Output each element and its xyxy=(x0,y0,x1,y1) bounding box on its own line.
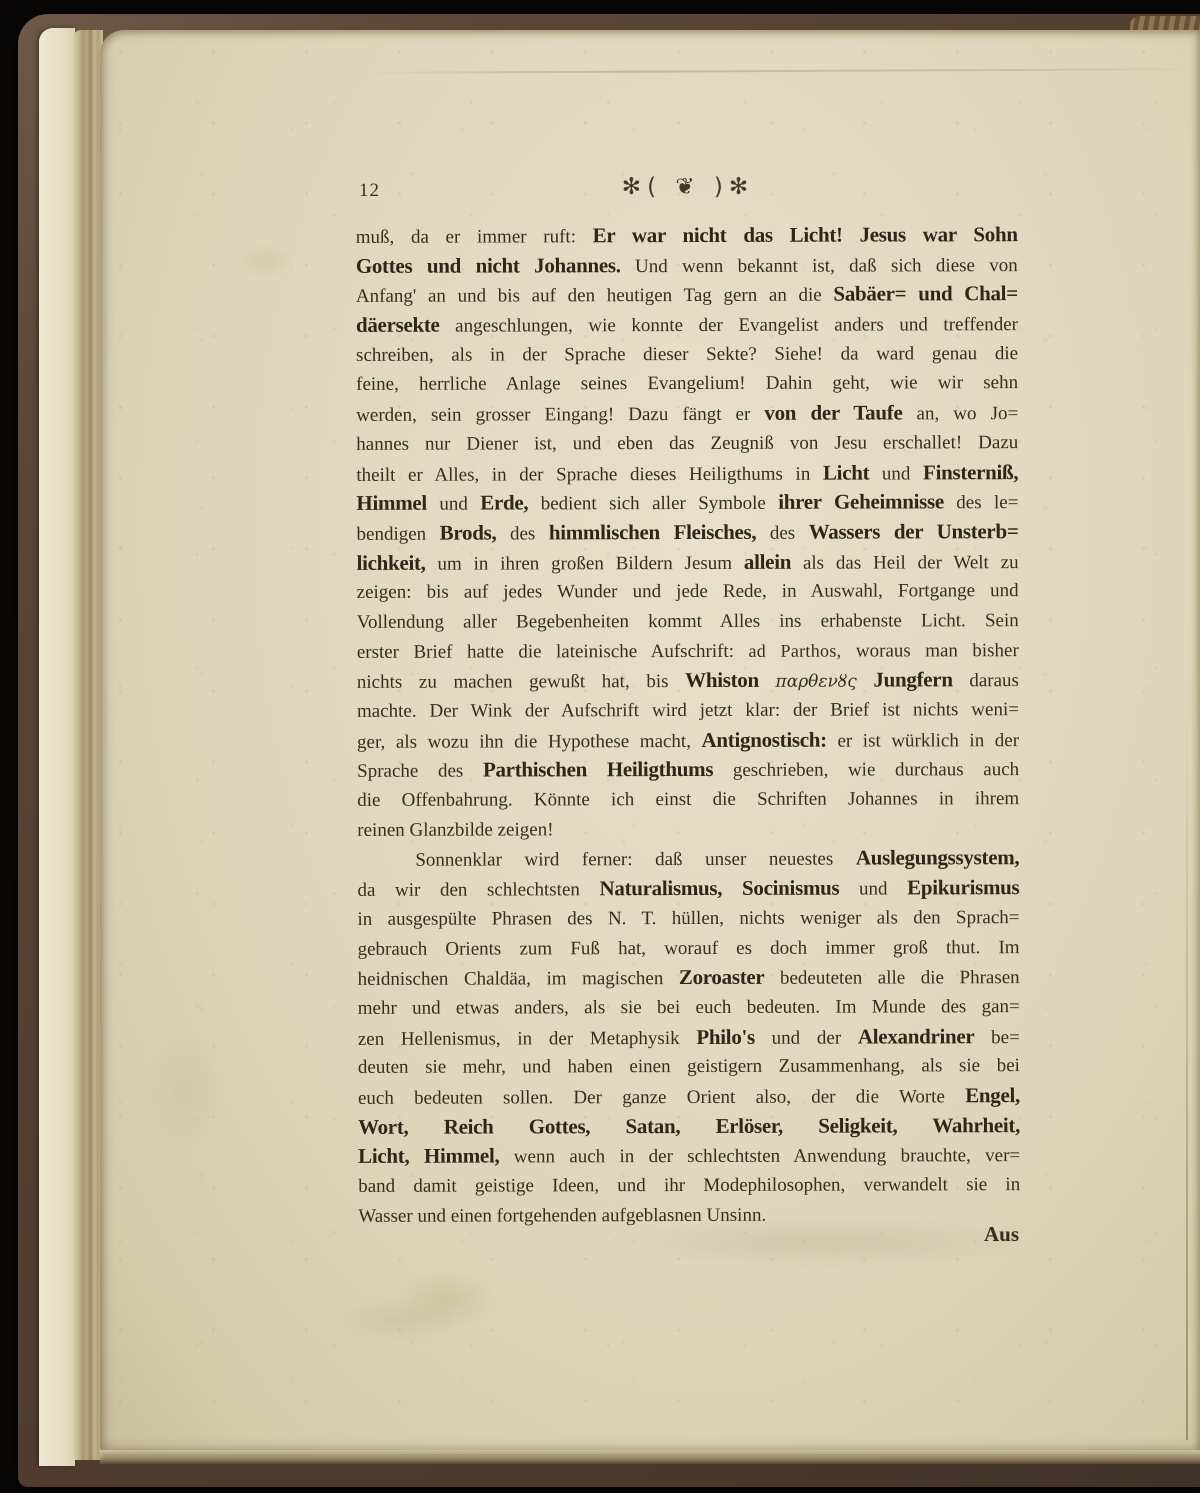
body-text: gebrauch Orients zum Fuß hat, worauf es … xyxy=(358,937,1020,960)
body-text: reinen Glanzbilde zeigen! xyxy=(357,819,553,841)
body-text: an, wo Jo= xyxy=(902,403,1018,424)
body-text: Und wenn bekannt ist, daß sich diese von xyxy=(621,255,1018,277)
text-line: zen Hellenismus, in der Metaphysik Philo… xyxy=(358,1022,1020,1053)
emphasized-text: Brods, xyxy=(440,520,497,544)
body-text: angeschlungen, wie konnte der Evangelist… xyxy=(440,314,1018,337)
page-edge-under xyxy=(39,28,75,1466)
scan-background: 12 ✻( ❦ )✻ muß, da er immer ruft: Er war… xyxy=(0,0,1200,1493)
body-text: deuten sie mehr, und haben einen geistig… xyxy=(358,1055,1020,1078)
body-text: muß, da er immer ruft: xyxy=(356,226,593,248)
ink-bleedthrough-smudge xyxy=(340,1300,460,1340)
emphasized-text: Wassers der Unsterb= xyxy=(809,519,1019,544)
running-head: 12 ✻( ❦ )✻ xyxy=(357,174,1019,206)
emphasized-text: Zoroaster xyxy=(679,965,765,989)
header-ornament-icon: ✻( ❦ )✻ xyxy=(357,174,1019,200)
body-text: er ist würklich in der xyxy=(827,730,1019,752)
body-text: zeigen: bis auf jedes Wunder und jede Re… xyxy=(357,580,1019,603)
body-text: daraus xyxy=(953,670,1019,691)
text-line: ger, als wozu ihn die Hypothese macht, A… xyxy=(357,725,1019,756)
body-text: euch bedeuten sollen. Der ganze Orient a… xyxy=(358,1086,965,1109)
body-text: und xyxy=(839,879,907,900)
greek-text: παρθενȣς xyxy=(776,672,857,692)
text-line: heidnischen Chaldäa, im magischen Zoroas… xyxy=(358,962,1020,993)
text-line: band damit geistige Ideen, und ihr Modep… xyxy=(358,1170,1020,1201)
emphasized-text: Jungfern xyxy=(873,668,952,692)
body-text: be= xyxy=(974,1027,1019,1048)
text-line: nichts zu machen gewußt hat, bis Whiston… xyxy=(357,665,1019,696)
body-text: Sonnenklar wird ferner: daß unser neuest… xyxy=(415,849,856,871)
emphasized-text: himmlischen Fleisches, xyxy=(549,520,757,545)
emphasized-text: Auslegungssystem, xyxy=(856,846,1020,870)
body-text: zen Hellenismus, in der Metaphysik xyxy=(358,1028,697,1050)
emphasized-text: Antignostisch: xyxy=(701,727,826,751)
body-text: und der xyxy=(755,1027,858,1048)
body-text: theilt er Alles, in der Sprache dieses H… xyxy=(356,463,823,485)
text-line: deuten sie mehr, und haben einen geistig… xyxy=(358,1051,1020,1082)
catchword: Aus xyxy=(357,1222,1019,1247)
emphasized-text: Naturalismus, Socinismus xyxy=(599,876,839,901)
emphasized-text: Epikurismus xyxy=(907,875,1019,899)
emphasized-text: Wort, Reich Gottes, Satan, Erlöser, Seli… xyxy=(358,1113,1020,1139)
body-text: und xyxy=(869,463,923,484)
text-line: schreiben, als in der Sprache dieser Sek… xyxy=(356,339,1018,370)
emphasized-text: Sabäer= und Chal= xyxy=(833,282,1018,306)
body-text: woraus man bisher xyxy=(841,640,1018,661)
body-text: und xyxy=(427,494,480,515)
body-text: mehr und etwas anders, als sie bei euch … xyxy=(358,996,1020,1019)
text-line: däersekte angeschlungen, wie konnte der … xyxy=(356,309,1018,340)
emphasized-text: von der Taufe xyxy=(764,401,902,425)
text-line: in ausgespülte Phrasen des N. T. hüllen,… xyxy=(357,903,1019,934)
text-line: muß, da er immer ruft: Er war nicht das … xyxy=(356,220,1018,251)
text-line: Vollendung aller Begebenheiten kommt All… xyxy=(357,606,1019,637)
text-line: Sprache des Parthischen Heiligthums gesc… xyxy=(357,755,1019,786)
paper-stain xyxy=(236,244,296,278)
emphasized-text: Gottes und nicht Johannes. xyxy=(356,253,621,278)
text-line: bendigen Brods, des himmlischen Fleische… xyxy=(356,517,1018,548)
emphasized-text: Licht, Himmel, xyxy=(358,1144,499,1168)
emphasized-text: Himmel xyxy=(356,491,427,515)
text-line: erster Brief hatte die lateinische Aufsc… xyxy=(357,636,1019,667)
body-text: wenn auch in der schlechtsten Anwendung … xyxy=(499,1145,1020,1167)
paper-stain xyxy=(150,1030,220,1150)
body-text: die Offenbahrung. Könnte ich einst die S… xyxy=(357,788,1019,811)
body-text: machte. Der Wink der Aufschrift wird jet… xyxy=(357,699,1019,722)
latin-text: ad Parthos, xyxy=(748,640,841,660)
body-text: bedeuteten alle die Phrasen xyxy=(764,967,1019,989)
emphasized-text: Erde, xyxy=(480,491,528,515)
emphasized-text: Er war nicht das Licht! Jesus war Sohn xyxy=(593,222,1018,247)
text-line: zeigen: bis auf jedes Wunder und jede Re… xyxy=(357,576,1019,607)
body-text: bedient sich aller Symbole xyxy=(528,493,778,515)
text-line: theilt er Alles, in der Sprache dieses H… xyxy=(356,458,1018,489)
page-edge-bottom xyxy=(100,1450,1200,1464)
text-line: Sonnenklar wird ferner: daß unser neuest… xyxy=(357,844,1019,875)
body-text: um in ihren großen Bildern Jesum xyxy=(426,552,744,574)
body-text: werden, sein grosser Eingang! Dazu fängt… xyxy=(356,404,764,426)
page-stack-edges xyxy=(73,30,103,1460)
text-line: gebrauch Orients zum Fuß hat, worauf es … xyxy=(358,933,1020,964)
text-line: Himmel und Erde, bedient sich aller Symb… xyxy=(356,487,1018,518)
body-text: feine, herrliche Anlage seines Evangeliu… xyxy=(356,373,1018,396)
page-fold-line xyxy=(1186,700,1188,1440)
text-line: Gottes und nicht Johannes. Und wenn beka… xyxy=(356,250,1018,281)
text-line: die Offenbahrung. Könnte ich einst die S… xyxy=(357,784,1019,815)
body-text: ger, als wozu ihn die Hypothese macht, xyxy=(357,731,702,753)
emphasized-text: Whiston xyxy=(685,668,759,692)
emphasized-text: lichkeit, xyxy=(357,550,426,574)
body-text: bendigen xyxy=(356,524,439,545)
text-line: werden, sein grosser Eingang! Dazu fängt… xyxy=(356,398,1018,429)
emphasized-text: Parthischen Heiligthums xyxy=(483,757,713,782)
text-line: Anfang' an und bis auf den heutigen Tag … xyxy=(356,280,1018,311)
body-text: heidnischen Chaldäa, im magischen xyxy=(358,968,679,990)
body-text xyxy=(759,671,776,692)
text-line: mehr und etwas anders, als sie bei euch … xyxy=(358,992,1020,1023)
emphasized-text: allein xyxy=(744,549,791,573)
text-line: da wir den schlechtsten Naturalismus, So… xyxy=(357,873,1019,904)
body-text: schreiben, als in der Sprache dieser Sek… xyxy=(356,343,1018,366)
body-text: Vollendung aller Begebenheiten kommt All… xyxy=(357,610,1019,633)
text-line: machte. Der Wink der Aufschrift wird jet… xyxy=(357,695,1019,726)
emphasized-text: däersekte xyxy=(356,313,440,337)
text-block: muß, da er immer ruft: Er war nicht das … xyxy=(356,220,1021,1231)
body-text: hannes nur Diener ist, und eben das Zeug… xyxy=(356,432,1018,455)
body-text xyxy=(857,671,874,692)
text-line: hannes nur Diener ist, und eben das Zeug… xyxy=(356,428,1018,459)
body-text: Sprache des xyxy=(357,761,483,782)
body-text: erster Brief hatte die lateinische Aufsc… xyxy=(357,640,749,662)
text-line: Wort, Reich Gottes, Satan, Erlöser, Seli… xyxy=(358,1111,1020,1142)
emphasized-text: Alexandriner xyxy=(858,1024,975,1048)
body-text: als das Heil der Welt zu xyxy=(791,552,1019,574)
text-line: reinen Glanzbilde zeigen! xyxy=(357,814,1019,845)
emphasized-text: ihrer Geheimnisse xyxy=(778,490,944,514)
emphasized-text: Finsterniß, xyxy=(923,460,1018,484)
body-text: geschrieben, wie durchaus auch xyxy=(713,760,1019,782)
emphasized-text: Philo's xyxy=(696,1024,755,1048)
text-line: lichkeit, um in ihren großen Bildern Jes… xyxy=(357,547,1019,578)
text-line: feine, herrliche Anlage seines Evangeliu… xyxy=(356,369,1018,400)
body-text: Anfang' an und bis auf den heutigen Tag … xyxy=(356,285,834,307)
text-line: Licht, Himmel, wenn auch in der schlecht… xyxy=(358,1140,1020,1171)
body-text: des le= xyxy=(944,492,1019,513)
body-text: des xyxy=(496,523,548,544)
emphasized-text: Licht xyxy=(823,460,869,484)
body-text: da wir den schlechtsten xyxy=(357,879,599,901)
body-text: band damit geistige Ideen, und ihr Modep… xyxy=(358,1174,1020,1197)
body-text: nichts zu machen gewußt hat, bis xyxy=(357,671,685,693)
body-text: des xyxy=(756,523,808,544)
text-line: euch bedeuten sollen. Der ganze Orient a… xyxy=(358,1081,1020,1112)
emphasized-text: Engel, xyxy=(965,1083,1020,1107)
body-text: in ausgespülte Phrasen des N. T. hüllen,… xyxy=(357,907,1019,930)
